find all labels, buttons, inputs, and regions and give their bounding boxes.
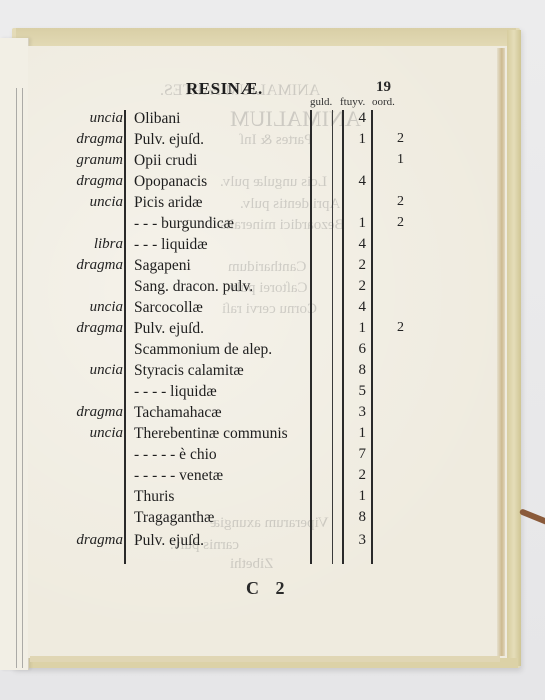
- row-stuyv: 3: [336, 404, 366, 421]
- table-row: Tragaganthæ 8: [0, 509, 545, 529]
- row-stuyv: 2: [336, 257, 366, 274]
- row-oord: 2: [380, 320, 404, 336]
- row-name: Pulv. ejuſd.: [134, 532, 204, 550]
- row-name: Tachamahacæ: [134, 404, 222, 422]
- row-stuyv: 6: [336, 341, 366, 358]
- row-name: Opopanacis: [134, 173, 207, 191]
- row-stuyv: 1: [336, 131, 366, 148]
- row-name: Pulv. ejuſd.: [134, 131, 204, 149]
- row-name: Scammonium de alep.: [134, 341, 272, 359]
- page-number: 19: [376, 79, 391, 96]
- row-oord: 2: [380, 131, 404, 147]
- running-head: RESINÆ.: [186, 79, 263, 99]
- table-row: Scammonium de alep. 6: [0, 341, 545, 361]
- table-row: uncia Therebentinæ communis 1: [0, 425, 545, 445]
- row-name: - - - - liquidæ: [134, 383, 217, 401]
- table-row: Thuris 1: [0, 488, 545, 508]
- row-unit: dragma: [76, 173, 123, 190]
- row-name: Picis aridæ: [134, 194, 202, 212]
- table-row: - - - - - è chio 7: [0, 446, 545, 466]
- table-row: dragma Pulv. ejuſd. 3: [0, 532, 545, 552]
- column-header-stuyv: ftuyv.: [340, 96, 365, 108]
- row-oord: 2: [380, 194, 404, 210]
- show-through-line: Zibethi: [230, 556, 273, 573]
- signature-mark: C 2: [246, 578, 291, 599]
- row-unit: dragma: [76, 404, 123, 421]
- row-stuyv: 3: [336, 532, 366, 549]
- row-unit: dragma: [76, 257, 123, 274]
- row-unit: uncia: [90, 299, 123, 316]
- row-stuyv: 1: [336, 425, 366, 442]
- row-stuyv: 1: [336, 215, 366, 232]
- table-row: - - - - liquidæ 5: [0, 383, 545, 403]
- table-row: dragma Tachamahacæ 3: [0, 404, 545, 424]
- row-name: Styracis calamitæ: [134, 362, 244, 380]
- row-stuyv: 1: [336, 488, 366, 505]
- table-row: dragma Pulv. ejuſd. 1 2: [0, 131, 545, 151]
- table-row: Sang. dracon. pulv. 2: [0, 278, 545, 298]
- row-oord: 2: [380, 215, 404, 231]
- row-stuyv: 4: [336, 236, 366, 253]
- row-stuyv: 2: [336, 278, 366, 295]
- table-row: - - - - - venetæ 2: [0, 467, 545, 487]
- column-header-oord: oord.: [372, 96, 395, 108]
- row-unit: uncia: [90, 110, 123, 127]
- row-unit: uncia: [90, 362, 123, 379]
- row-name: Opii crudi: [134, 152, 197, 170]
- row-name: Pulv. ejuſd.: [134, 320, 204, 338]
- row-stuyv: 7: [336, 446, 366, 463]
- row-name: Tragaganthæ: [134, 509, 214, 527]
- row-name: - - - - - venetæ: [134, 467, 223, 485]
- table-row: dragma Opopanacis 4: [0, 173, 545, 193]
- row-name: Sagapeni: [134, 257, 191, 275]
- row-name: Olibani: [134, 110, 181, 128]
- row-name: Sarcocollæ: [134, 299, 203, 317]
- row-unit: uncia: [90, 425, 123, 442]
- row-name: Sang. dracon. pulv.: [134, 278, 253, 296]
- row-unit: dragma: [76, 131, 123, 148]
- row-stuyv: 8: [336, 362, 366, 379]
- page-bottom-edge: [30, 656, 500, 662]
- row-unit: libra: [94, 236, 123, 253]
- row-stuyv: 8: [336, 509, 366, 526]
- row-stuyv: 1: [336, 320, 366, 337]
- table-row: dragma Pulv. ejuſd. 1 2: [0, 320, 545, 340]
- row-stuyv: 4: [336, 299, 366, 316]
- table-row: granum Opii crudi 1: [0, 152, 545, 172]
- row-name: Therebentinæ communis: [134, 425, 288, 443]
- row-unit: granum: [76, 152, 123, 169]
- row-name: - - - burgundicæ: [134, 215, 234, 233]
- row-stuyv: 4: [336, 110, 366, 127]
- row-unit: uncia: [90, 194, 123, 211]
- table-row: libra - - - liquidæ 4: [0, 236, 545, 256]
- table-row: uncia Olibani 4: [0, 110, 545, 130]
- table-row: - - - burgundicæ 1 2: [0, 215, 545, 235]
- table-row: uncia Styracis calamitæ 8: [0, 362, 545, 382]
- table-row: uncia Sarcocollæ 4: [0, 299, 545, 319]
- row-stuyv: 5: [336, 383, 366, 400]
- row-stuyv: 4: [336, 173, 366, 190]
- row-unit: dragma: [76, 532, 123, 549]
- row-name: - - - - - è chio: [134, 446, 217, 464]
- table-row: uncia Picis aridæ 2: [0, 194, 545, 214]
- table-row: dragma Sagapeni 2: [0, 257, 545, 277]
- row-stuyv: 2: [336, 467, 366, 484]
- row-name: - - - liquidæ: [134, 236, 208, 254]
- cover-top-edge: [16, 28, 516, 48]
- row-oord: 1: [380, 152, 404, 168]
- column-header-guld: guld.: [310, 96, 332, 108]
- row-unit: dragma: [76, 320, 123, 337]
- row-name: Thuris: [134, 488, 174, 506]
